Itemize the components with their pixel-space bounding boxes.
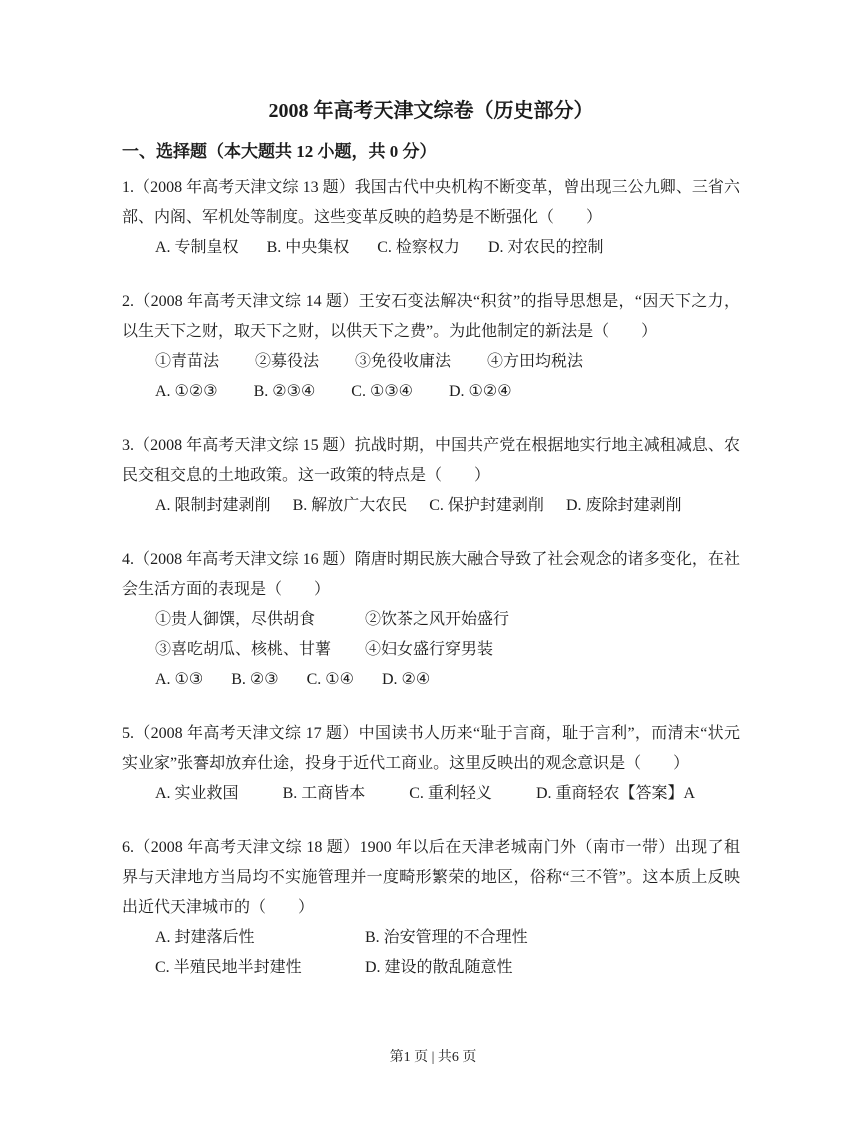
- question-5-option-c: C. 重利轻义: [409, 779, 492, 809]
- question-4-subitems-grid: ①贵人御馔，尽供胡食 ②饮茶之风开始盛行 ③喜吃胡瓜、核桃、甘薯 ④妇女盛行穿男…: [122, 605, 740, 665]
- question-5-options-row: A. 实业救国 B. 工商皆本 C. 重利轻义 D. 重商轻农【答案】A: [122, 779, 740, 809]
- question-6-option-d: D. 建设的散乱随意性: [365, 953, 740, 983]
- page-number-label: 第1 页 | 共6 页: [390, 1050, 477, 1065]
- question-5-answer-tag: 【答案】A: [620, 785, 696, 802]
- question-1-option-c: C. 检察权力: [377, 233, 460, 263]
- question-4-option-c: C. ①④: [307, 665, 354, 695]
- question-2-option-d: D. ①②④: [449, 377, 512, 407]
- question-4-subitem-3: ③喜吃胡瓜、核桃、甘薯: [155, 635, 365, 665]
- question-3-stem: 3.（2008 年高考天津文综 15 题）抗战时期，中国共产党在根据地实行地主减…: [122, 431, 740, 491]
- question-6-option-c: C. 半殖民地半封建性: [155, 953, 365, 983]
- question-5-stem: 5.（2008 年高考天津文综 17 题）中国读书人历来“耻于言商，耻于言利”，…: [122, 719, 740, 779]
- question-6: 6.（2008 年高考天津文综 18 题）1900 年以后在天津老城南门外（南市…: [122, 833, 740, 983]
- question-3-options-row: A. 限制封建剥削 B. 解放广大农民 C. 保护封建剥削 D. 废除封建剥削: [122, 491, 740, 521]
- question-4-option-d: D. ②④: [382, 665, 430, 695]
- question-1-option-d: D. 对农民的控制: [488, 233, 604, 263]
- page-footer: 第1 页 | 共6 页: [0, 1048, 866, 1068]
- question-3-option-d: D. 废除封建剥削: [566, 491, 682, 521]
- question-1-option-a: A. 专制皇权: [155, 233, 239, 263]
- question-5-option-d: D. 重商轻农: [536, 785, 620, 802]
- question-4-option-a: A. ①③: [155, 665, 203, 695]
- question-5-option-b: B. 工商皆本: [283, 779, 366, 809]
- question-4-options-row: A. ①③ B. ②③ C. ①④ D. ②④: [122, 665, 740, 695]
- question-2-subitem-4: ④方田均税法: [487, 347, 583, 377]
- question-list: 1.（2008 年高考天津文综 13 题）我国古代中央机构不断变革，曾出现三公九…: [122, 173, 740, 983]
- question-1-options-row: A. 专制皇权 B. 中央集权 C. 检察权力 D. 对农民的控制: [122, 233, 740, 263]
- question-3-option-b: B. 解放广大农民: [293, 491, 408, 521]
- question-2-option-b: B. ②③④: [254, 377, 316, 407]
- question-2-stem: 2.（2008 年高考天津文综 14 题）王安石变法解决“积贫”的指导思想是，“…: [122, 287, 740, 347]
- page-title: 2008 年高考天津文综卷（历史部分）: [122, 98, 740, 125]
- question-2-subitems-row: ①青苗法 ②募役法 ③免役收庸法 ④方田均税法: [122, 347, 740, 377]
- question-1: 1.（2008 年高考天津文综 13 题）我国古代中央机构不断变革，曾出现三公九…: [122, 173, 740, 263]
- question-2-option-c: C. ①③④: [351, 377, 413, 407]
- question-4-subitem-1: ①贵人御馔，尽供胡食: [155, 605, 365, 635]
- question-6-option-a: A. 封建落后性: [155, 923, 365, 953]
- question-3-option-a: A. 限制封建剥削: [155, 491, 271, 521]
- question-1-option-b: B. 中央集权: [267, 233, 350, 263]
- question-6-options-grid: A. 封建落后性 B. 治安管理的不合理性 C. 半殖民地半封建性 D. 建设的…: [122, 923, 740, 983]
- question-4-subitem-4: ④妇女盛行穿男装: [365, 635, 740, 665]
- question-4-stem: 4.（2008 年高考天津文综 16 题）隋唐时期民族大融合导致了社会观念的诸多…: [122, 545, 740, 605]
- question-2-subitem-2: ②募役法: [255, 347, 319, 377]
- question-2-options-row: A. ①②③ B. ②③④ C. ①③④ D. ①②④: [122, 377, 740, 407]
- question-2-subitem-1: ①青苗法: [155, 347, 219, 377]
- question-1-stem: 1.（2008 年高考天津文综 13 题）我国古代中央机构不断变革，曾出现三公九…: [122, 173, 740, 233]
- question-3: 3.（2008 年高考天津文综 15 题）抗战时期，中国共产党在根据地实行地主减…: [122, 431, 740, 521]
- question-3-option-c: C. 保护封建剥削: [429, 491, 544, 521]
- section-header: 一、选择题（本大题共 12 小题，共 0 分）: [122, 140, 740, 164]
- question-4-option-b: B. ②③: [231, 665, 278, 695]
- question-6-option-b: B. 治安管理的不合理性: [365, 923, 740, 953]
- question-4-subitem-2: ②饮茶之风开始盛行: [365, 605, 740, 635]
- question-2-subitem-3: ③免役收庸法: [355, 347, 451, 377]
- question-5-option-d-with-answer: D. 重商轻农【答案】A: [536, 779, 695, 809]
- question-5: 5.（2008 年高考天津文综 17 题）中国读书人历来“耻于言商，耻于言利”，…: [122, 719, 740, 809]
- question-5-option-a: A. 实业救国: [155, 779, 239, 809]
- exam-document-page: 2008 年高考天津文综卷（历史部分） 一、选择题（本大题共 12 小题，共 0…: [0, 0, 866, 1122]
- question-2-option-a: A. ①②③: [155, 377, 218, 407]
- question-4: 4.（2008 年高考天津文综 16 题）隋唐时期民族大融合导致了社会观念的诸多…: [122, 545, 740, 695]
- question-2: 2.（2008 年高考天津文综 14 题）王安石变法解决“积贫”的指导思想是，“…: [122, 287, 740, 407]
- question-6-stem: 6.（2008 年高考天津文综 18 题）1900 年以后在天津老城南门外（南市…: [122, 833, 740, 923]
